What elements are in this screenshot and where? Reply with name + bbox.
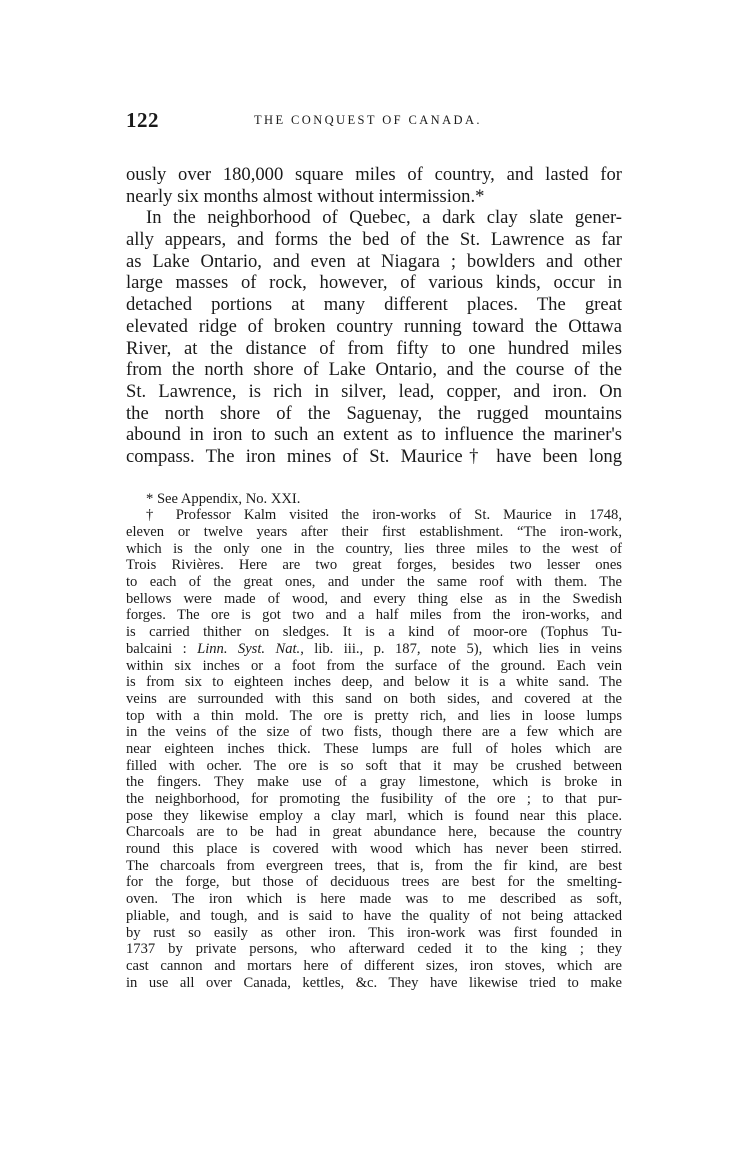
footnote-line: is from six to eighteen inches deep, and…: [126, 674, 622, 691]
footnote-line: eleven or twelve years after their first…: [126, 524, 622, 541]
body-line: abound in iron to such an extent as to i…: [126, 424, 622, 446]
footnote-line: cast cannon and mortars here of differen…: [126, 958, 622, 975]
citation-pre: balcaini :: [126, 641, 197, 657]
body-line: large masses of rock, however, of variou…: [126, 272, 622, 294]
footnote-line: which is the only one in the country, li…: [126, 541, 622, 558]
body-line: detached portions at many different plac…: [126, 294, 622, 316]
footnote-line: within six inches or a foot from the sur…: [126, 658, 622, 675]
body-line: River, at the distance of from fifty to …: [126, 338, 622, 360]
footnote-line: 1737 by private persons, who afterward c…: [126, 941, 622, 958]
body-line: compass. The iron mines of St. Maurice† …: [126, 446, 622, 468]
footnote-line: † Professor Kalm visited the iron-works …: [126, 507, 622, 524]
footnote-line: near eighteen inches thick. These lumps …: [126, 741, 622, 758]
footnote-line: pliable, and tough, and is said to have …: [126, 908, 622, 925]
footnote-line: pose they likewise employ a clay marl, w…: [126, 808, 622, 825]
footnote-line: in the veins of the size of two fists, t…: [126, 724, 622, 741]
footnote-line: The charcoals from evergreen trees, that…: [126, 858, 622, 875]
footnote-line: Trois Rivières. Here are two great forge…: [126, 557, 622, 574]
footnote-line: the fingers. They make use of a gray lim…: [126, 774, 622, 791]
running-title: THE CONQUEST OF CANADA.: [254, 113, 482, 128]
footnote-line: the neighborhood, for promoting the fusi…: [126, 791, 622, 808]
body-line: ally appears, and forms the bed of the S…: [126, 229, 622, 251]
footnotes: * See Appendix, No. XXI. † Professor Kal…: [126, 491, 622, 992]
body-line: ously over 180,000 square miles of count…: [126, 164, 622, 186]
footnote-line: in use all over Canada, kettles, &c. The…: [126, 975, 622, 992]
body-text: ously over 180,000 square miles of count…: [126, 164, 622, 468]
footnote-line: for the forge, but those of deciduous tr…: [126, 874, 622, 891]
book-page: 122 THE CONQUEST OF CANADA. ously over 1…: [126, 108, 622, 991]
footnote-line: veins are surrounded with this sand on b…: [126, 691, 622, 708]
footnote-line: by rust so easily as other iron. This ir…: [126, 925, 622, 942]
body-line: elevated ridge of broken country running…: [126, 316, 622, 338]
page-number: 122: [126, 108, 159, 133]
running-head: 122 THE CONQUEST OF CANADA.: [126, 108, 622, 138]
citation-title: Linn. Syst. Nat.: [197, 641, 300, 657]
footnote-appendix: * See Appendix, No. XXI.: [126, 491, 622, 508]
footnote-line: is carried thither on sledges. It is a k…: [126, 624, 622, 641]
body-line: nearly six months almost without intermi…: [126, 186, 622, 208]
body-line: from the north shore of Lake Ontario, an…: [126, 359, 622, 381]
footnote-line: to each of the great ones, and under the…: [126, 574, 622, 591]
citation-post: , lib. iii., p. 187, note 5), which lies…: [300, 641, 622, 657]
footnote-line: forges. The ore is got two and a half mi…: [126, 607, 622, 624]
footnote-line: filled with ocher. The ore is so soft th…: [126, 758, 622, 775]
footnote-line: top with a thin mold. The ore is pretty …: [126, 708, 622, 725]
footnote-line: oven. The iron which is here made was to…: [126, 891, 622, 908]
footnote-line-citation: balcaini : Linn. Syst. Nat., lib. iii., …: [126, 641, 622, 658]
body-line: In the neighborhood of Quebec, a dark cl…: [126, 207, 622, 229]
footnote-line: Charcoals are to be had in great abundan…: [126, 824, 622, 841]
body-line: St. Lawrence, is rich in silver, lead, c…: [126, 381, 622, 403]
body-line: the north shore of the Saguenay, the rug…: [126, 403, 622, 425]
footnote-line: round this place is covered with wood wh…: [126, 841, 622, 858]
footnote-line: bellows were made of wood, and every thi…: [126, 591, 622, 608]
body-line: as Lake Ontario, and even at Niagara ; b…: [126, 251, 622, 273]
